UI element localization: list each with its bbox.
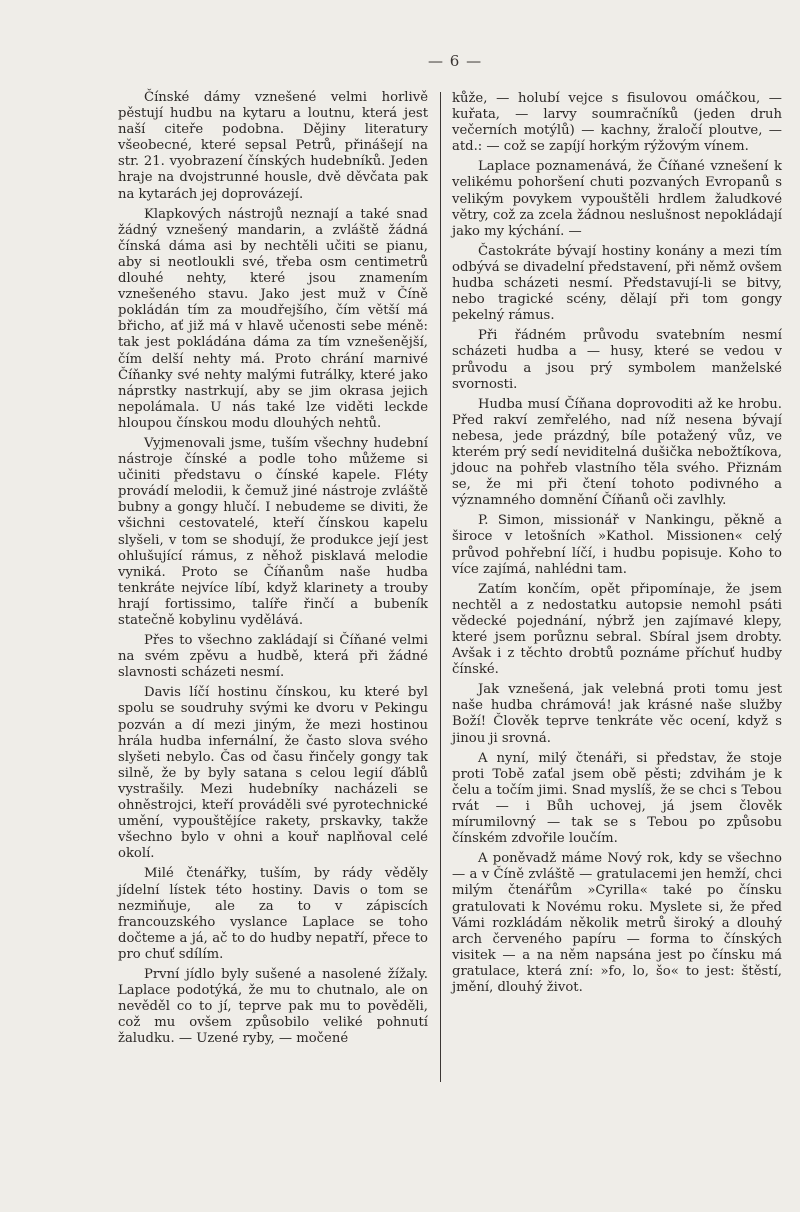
paragraph: Čínské dámy vznešené velmi horlivě pěstu… <box>118 90 428 203</box>
paragraph-continuation: kůže, — holubí vejce s fisulovou omáčkou… <box>452 91 782 155</box>
paragraph: Častokráte bývají hostiny konány a mezi … <box>452 244 782 324</box>
paragraph: Laplace poznamenává, že Číňané vznešení … <box>452 159 782 239</box>
paragraph: Davis líčí hostinu čínskou, ku které byl… <box>118 685 428 862</box>
paragraph: Hudba musí Číňana doprovoditi až ke hrob… <box>452 397 782 510</box>
paragraph: Vyjmenovali jsme, tuším všechny hudební … <box>118 436 428 629</box>
paragraph: Jak vznešená, jak velebná proti tomu jes… <box>452 682 782 746</box>
column-divider <box>440 92 441 1082</box>
paragraph: Zatím končím, opět připomínaje, že jsem … <box>452 582 782 679</box>
page-number: — 6 — <box>428 52 482 70</box>
right-column: kůže, — holubí vejce s fisulovou omáčkou… <box>452 91 782 1000</box>
paragraph: A poněvadž máme Nový rok, kdy se všechno… <box>452 851 782 996</box>
paragraph: Přes to všechno zakládají si Číňané velm… <box>118 633 428 681</box>
paragraph: První jídlo byly sušené a nasolené žížal… <box>118 967 428 1047</box>
paragraph: Při řádném průvodu svatebním nesmí scház… <box>452 328 782 392</box>
left-column: Čínské dámy vznešené velmi horlivě pěstu… <box>118 90 428 1051</box>
paragraph: Milé čtenářky, tuším, by rády věděly jíd… <box>118 866 428 963</box>
paragraph: A nyní, milý čtenáři, si představ, že st… <box>452 751 782 848</box>
paragraph: P. Simon, missionář v Nankingu, pěkně a … <box>452 513 782 577</box>
paragraph: Klapkových nástrojů neznají a také snad … <box>118 207 428 432</box>
